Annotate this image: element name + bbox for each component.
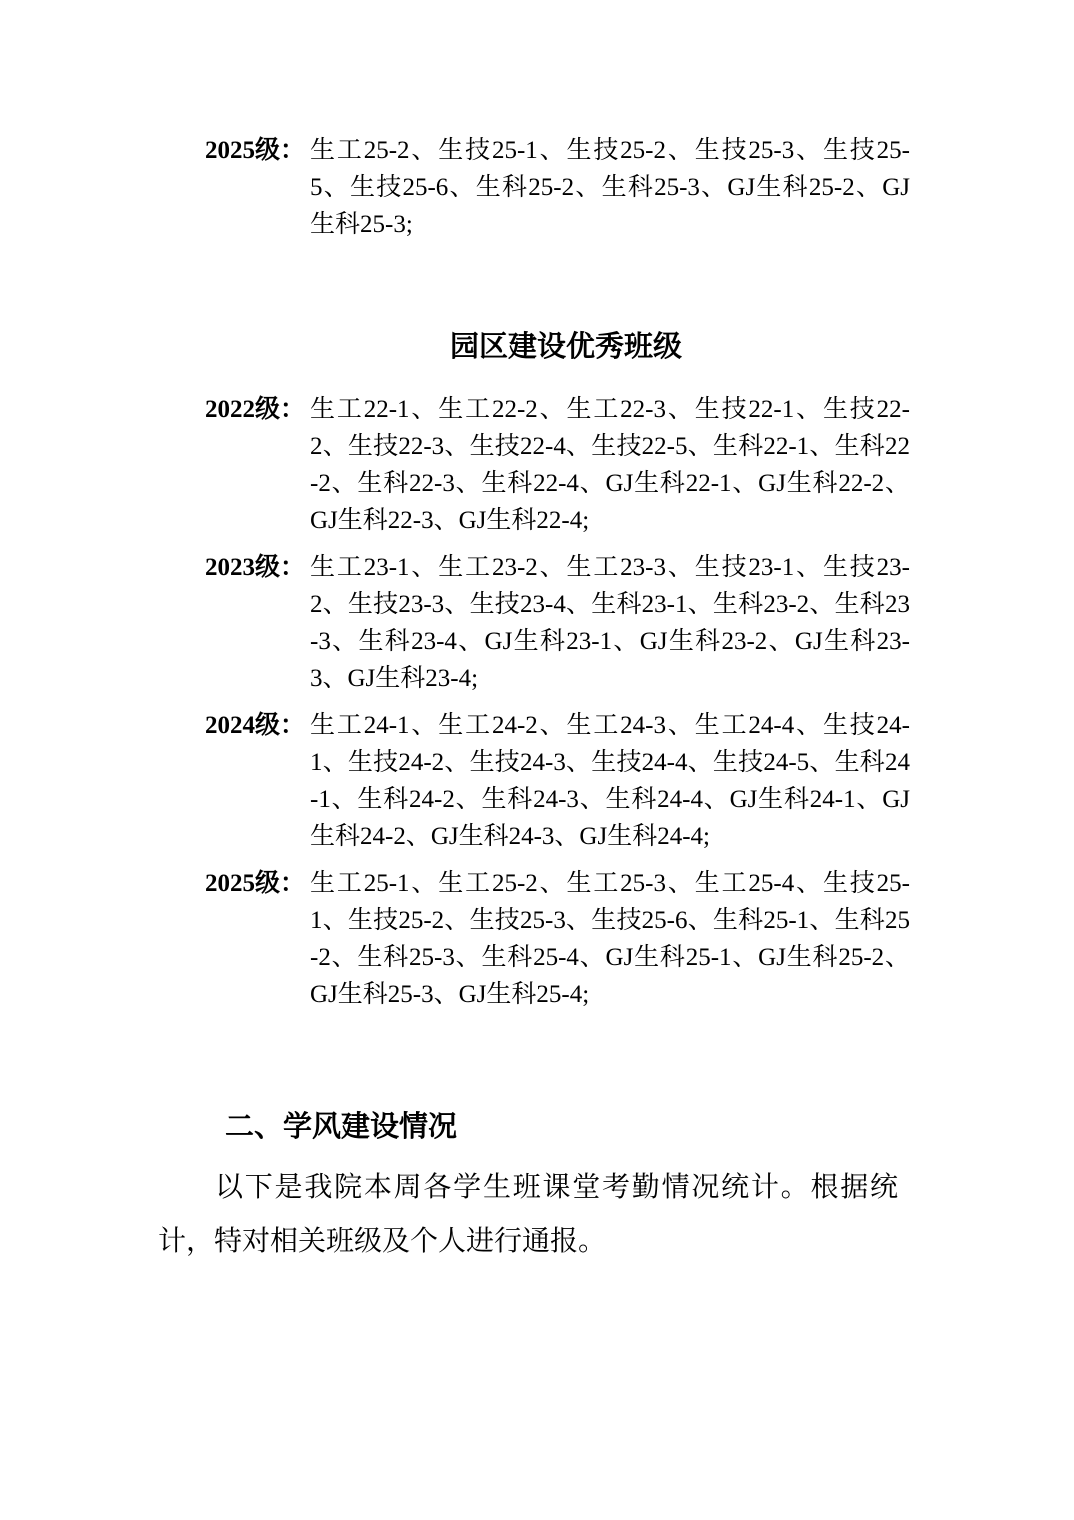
class-year-label: 2022级：	[205, 391, 310, 539]
class-year-label: 2024级：	[205, 707, 310, 855]
class-list-text: 生工23-1、生工23-2、生工23-3、生技23-1、生技23-2、生技23-…	[310, 549, 910, 697]
award-section-heading: 园区建设优秀班级	[158, 327, 920, 367]
class-list-text: 生工24-1、生工24-2、生工24-3、生工24-4、生技24-1、生技24-…	[310, 707, 910, 855]
attendance-paragraph: 以下是我院本周各学生班课堂考勤情况统计。根据统计，特对相关班级及个人进行通报。	[158, 1161, 898, 1269]
document-content: 2025级： 生工25-2、生技25-1、生技25-2、生技25-3、生技25-…	[158, 0, 920, 1297]
class-year-label: 2025级：	[205, 865, 310, 1013]
class-list-item-2025: 2025级： 生工25-1、生工25-2、生工25-3、生工25-4、生技25-…	[205, 865, 920, 1013]
class-list-item-2022: 2022级： 生工22-1、生工22-2、生工22-3、生技22-1、生技22-…	[205, 391, 920, 539]
study-section-heading: 二、学风建设情况	[225, 1107, 920, 1147]
class-year-label: 2025级：	[205, 132, 310, 243]
class-year-label: 2023级：	[205, 549, 310, 697]
class-list-item-2023: 2023级： 生工23-1、生工23-2、生工23-3、生技23-1、生技23-…	[205, 549, 920, 697]
class-list-text: 生工22-1、生工22-2、生工22-3、生技22-1、生技22-2、生技22-…	[310, 391, 910, 539]
class-list-item-2025-continued: 2025级： 生工25-2、生技25-1、生技25-2、生技25-3、生技25-…	[205, 132, 920, 243]
class-list-item-2024: 2024级： 生工24-1、生工24-2、生工24-3、生工24-4、生技24-…	[205, 707, 920, 855]
document-page: 2025级： 生工25-2、生技25-1、生技25-2、生技25-3、生技25-…	[0, 0, 1074, 1520]
class-list-text: 生工25-2、生技25-1、生技25-2、生技25-3、生技25-5、生技25-…	[310, 132, 910, 243]
class-list-text: 生工25-1、生工25-2、生工25-3、生工25-4、生技25-1、生技25-…	[310, 865, 910, 1013]
